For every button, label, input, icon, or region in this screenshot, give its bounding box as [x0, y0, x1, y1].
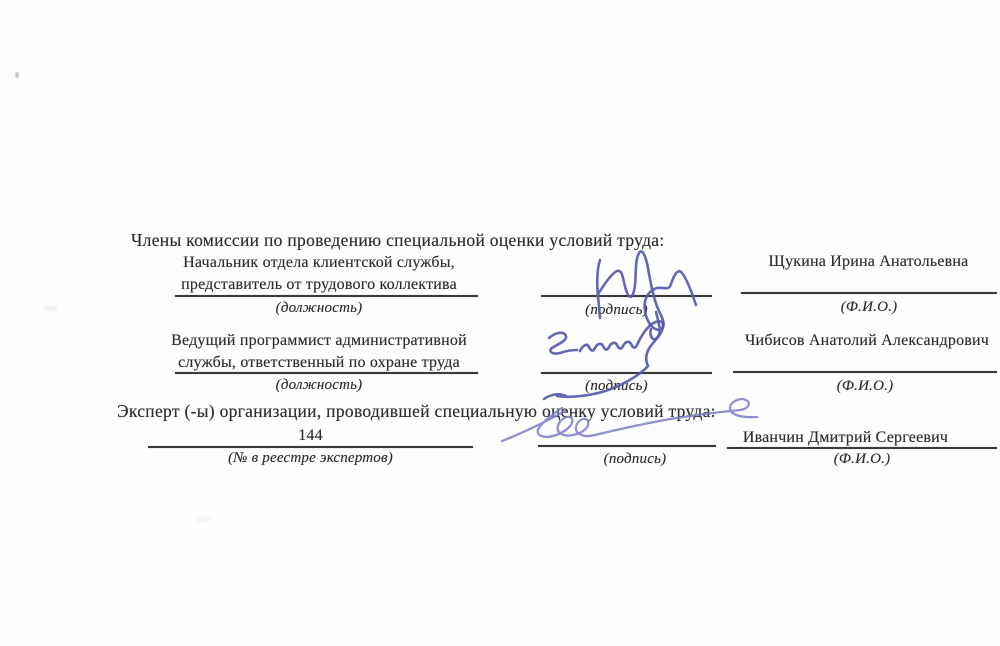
commission-section-header: Члены комиссии по проведению специальной…	[131, 230, 665, 251]
member-1-signature-rule	[541, 295, 712, 297]
scan-speck	[15, 72, 19, 78]
expert-signature-label: (подпись)	[546, 451, 724, 468]
expert-registry-label: (№ в реестре экспертов)	[148, 450, 473, 467]
expert-name-label: (Ф.И.О.)	[727, 451, 997, 468]
scan-speck	[195, 516, 211, 522]
member-2-position: Ведущий программист административной слу…	[160, 330, 478, 374]
expert-signature-rule	[538, 445, 716, 447]
member-2-position-line1: Ведущий программист административной	[171, 332, 467, 349]
expert-registry-rule	[148, 446, 473, 448]
member-2-name-label: (Ф.И.О.)	[733, 378, 997, 395]
member-2-name: Чибисов Анатолий Александрович	[737, 332, 997, 350]
scanned-document-page: { "colors": { "page_bg": "#fdfdfd", "tex…	[0, 0, 1000, 646]
member-1-name-label: (Ф.И.О.)	[741, 299, 997, 316]
member-2-signature-label: (подпись)	[531, 378, 702, 395]
signatures-overlay	[0, 0, 1000, 646]
expert-name: Иванчин Дмитрий Сергеевич	[723, 429, 968, 447]
member-2-position-label: (должность)	[160, 377, 478, 394]
member-1-position-line-rule	[175, 295, 478, 297]
member-1-position-label: (должность)	[160, 300, 478, 317]
member-1-position-line2: представитель от трудового коллектива	[181, 276, 457, 293]
member-1-name: Щукина Ирина Анатольевна	[740, 253, 997, 271]
member-2-position-line2: службы, ответственный по охране труда	[178, 354, 460, 371]
member-2-position-line-rule	[175, 372, 478, 374]
member-1-signature-label: (подпись)	[531, 302, 702, 319]
member-1-position: Начальник отдела клиентской службы, пред…	[160, 252, 478, 296]
member-2-name-rule	[733, 371, 997, 373]
member-1-name-rule	[741, 292, 997, 294]
member-1-position-line1: Начальник отдела клиентской службы,	[183, 254, 455, 271]
scan-speck	[44, 306, 58, 311]
expert-registry-number: 144	[148, 427, 473, 445]
expert-name-rule	[727, 447, 997, 449]
expert-section-header: Эксперт (-ы) организации, проводившей сп…	[117, 401, 716, 422]
member-2-signature-rule	[541, 372, 712, 374]
